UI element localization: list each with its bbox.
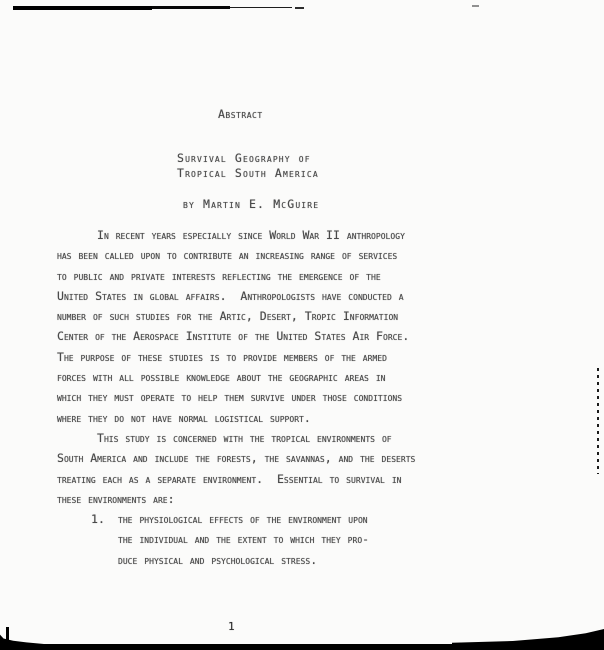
text-line: The purpose of these studies is to provi…: [57, 347, 547, 367]
abstract-body-text: In recent years especially since World W…: [57, 225, 547, 570]
scan-artifact-top-bar-thick: [13, 6, 152, 10]
scan-artifact-bottom-left-spike: [6, 627, 9, 644]
page-number: 1: [228, 620, 235, 633]
text-line: the individual and the extent to which t…: [118, 529, 547, 549]
text-line: Survival Geography of: [177, 151, 319, 166]
list-item-number: 1.: [91, 509, 105, 529]
text-line: to public and private interests reflecti…: [57, 266, 547, 286]
text-line: these environments are:: [57, 489, 547, 509]
text-line: United States in global affairs. Anthrop…: [57, 286, 547, 306]
text-line: which they must operate to help them sur…: [57, 387, 547, 407]
author-byline: by Martin E. McGuire: [183, 197, 319, 211]
text-line: In recent years especially since World W…: [57, 225, 547, 245]
text-line: Tropical South America: [177, 166, 319, 181]
paragraph: This study is concerned with the tropica…: [57, 428, 547, 509]
text-line: where they do not have normal logistical…: [57, 408, 547, 428]
abstract-heading: Abstract: [218, 107, 263, 121]
text-line: This study is concerned with the tropica…: [57, 428, 547, 448]
scan-artifact-top-bar-thin: [230, 7, 292, 8]
scan-artifact-bottom-left-wedge: [0, 633, 44, 644]
scan-artifact-bottom-right-wedge: [452, 629, 604, 644]
document-title: Survival Geography ofTropical South Amer…: [177, 151, 319, 180]
scan-artifact-bottom-bar: [0, 644, 604, 650]
text-line: number of such studies for the Artic, De…: [57, 306, 547, 326]
text-line: Center of the Aerospace Institute of the…: [57, 326, 547, 346]
scanned-abstract-page: Abstract Survival Geography ofTropical S…: [0, 0, 604, 650]
text-line: duce physical and psychological stress.: [118, 550, 547, 570]
text-line: forces with all possible knowledge about…: [57, 367, 547, 387]
paragraph: In recent years especially since World W…: [57, 225, 547, 428]
scan-artifact-right-dashed-line: [597, 368, 599, 474]
scan-artifact-speck: [472, 5, 479, 7]
text-line: treating each as a separate environment.…: [57, 469, 547, 489]
scan-artifact-top-dash: [295, 7, 304, 9]
text-line: the physiological effects of the environ…: [118, 509, 547, 529]
text-line: South America and include the forests, t…: [57, 448, 547, 468]
numbered-list-item: 1.the physiological effects of the envir…: [57, 509, 547, 570]
scan-artifact-top-bar-mid: [152, 6, 230, 8]
text-line: has been called upon to contribute an in…: [57, 245, 547, 265]
